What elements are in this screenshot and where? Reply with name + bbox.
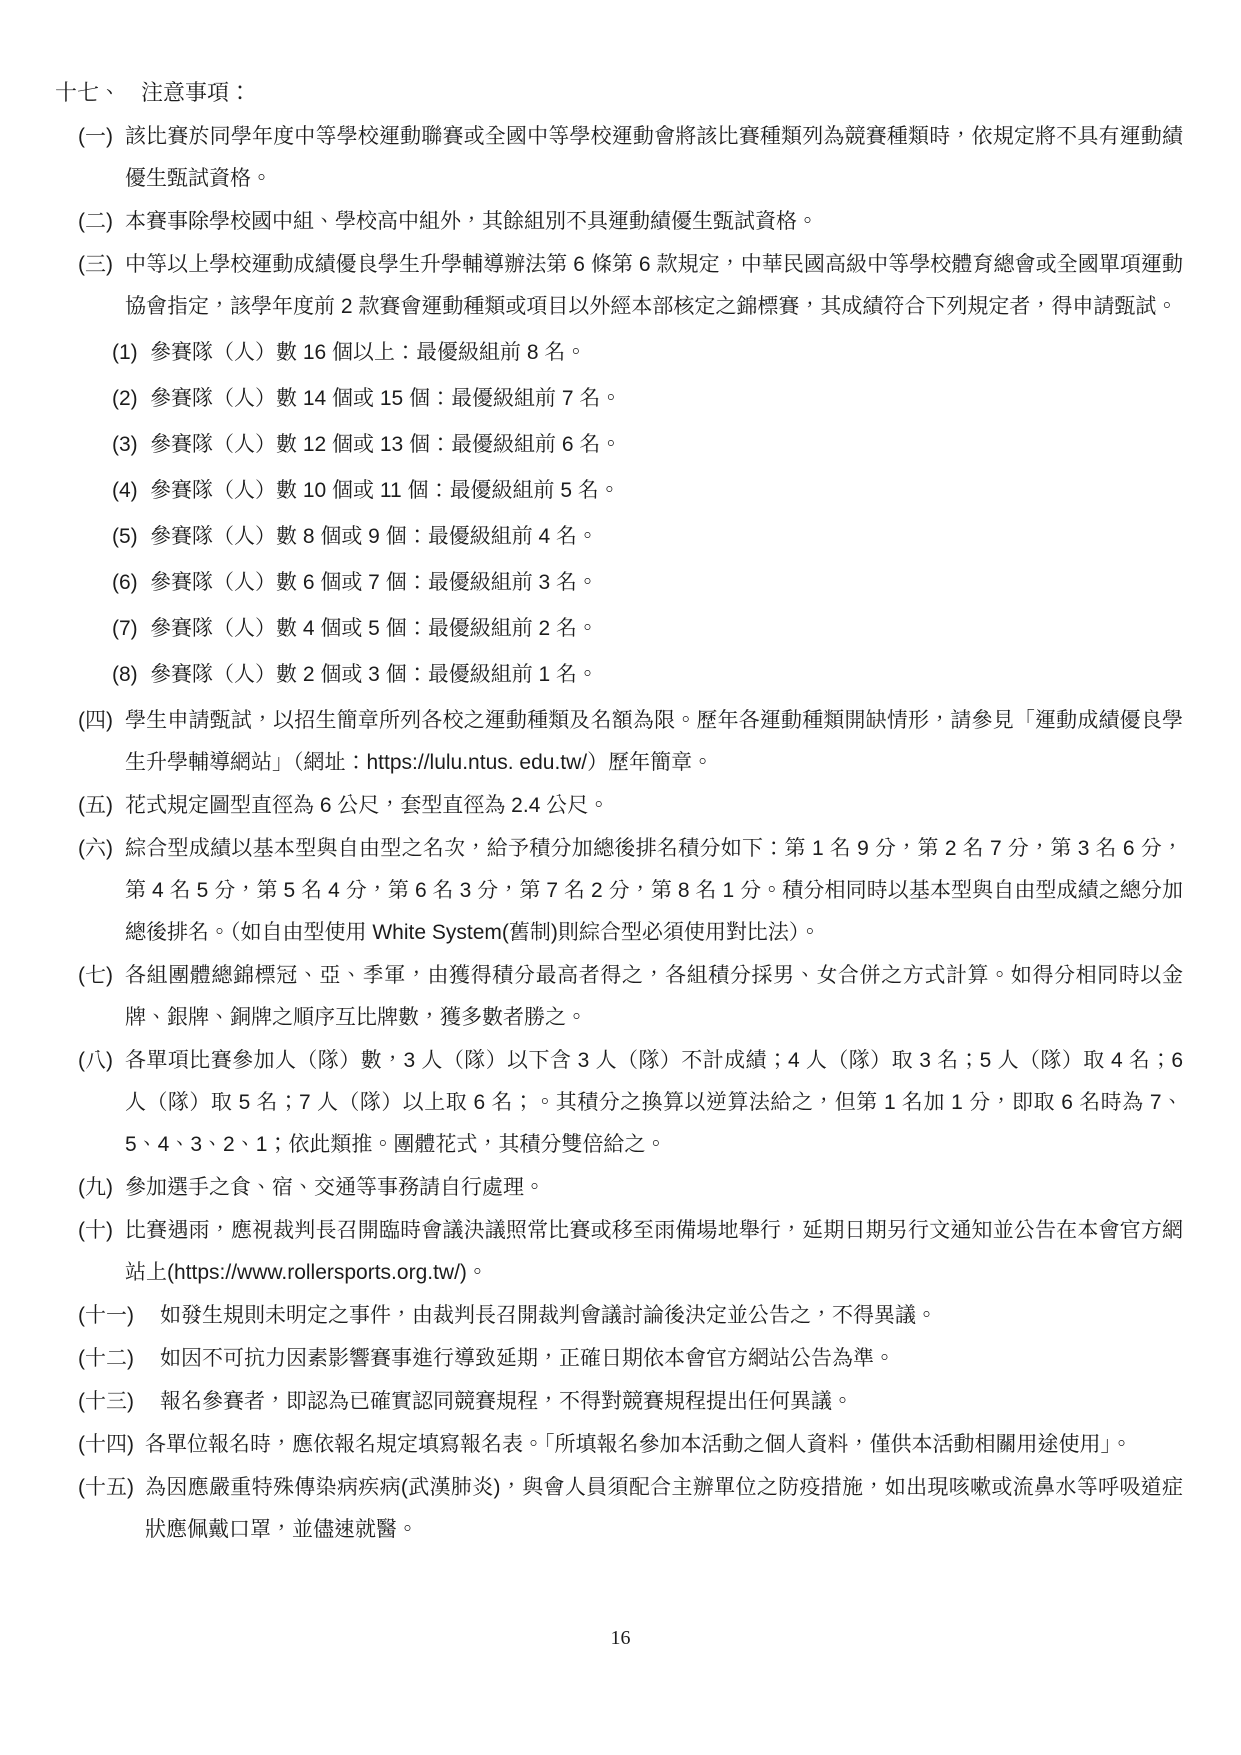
item-text: 參加選手之食、宿、交通等事務請自行處理。 [125,1167,1183,1209]
list-item: (十五)為因應嚴重特殊傳染病疾病(武漢肺炎)，與會人員須配合主辦單位之防疫措施，… [78,1467,1183,1551]
item-row: (十一)如發生規則未明定之事件，由裁判長召開裁判會議討論後決定並公告之，不得異議… [78,1295,1183,1337]
list-item: (十四)各單位報名時，應依報名規定填寫報名表。「所填報名參加本活動之個人資料，僅… [78,1424,1183,1466]
item-label: (十四) [78,1424,145,1466]
item-row: (十)比賽遇雨，應視裁判長召開臨時會議決議照常比賽或移至雨備場地舉行，延期日期另… [78,1210,1183,1294]
item-label: (六) [78,828,125,870]
item-label: (七) [78,955,125,997]
list-item: (十二)如因不可抗力因素影響賽事進行導致延期，正確日期依本會官方網站公告為準。 [78,1338,1183,1380]
item-label: (二) [78,201,125,243]
item-label: (一) [78,116,125,158]
sub-list-item: (7)參賽隊（人）數 4 個或 5 個：最優級組前 2 名。 [112,608,1183,650]
list-item: (十一)如發生規則未明定之事件，由裁判長召開裁判會議討論後決定並公告之，不得異議… [78,1295,1183,1337]
item-text: 學生申請甄試，以招生簡章所列各校之運動種類及名額為限。歷年各運動種類開缺情形，請… [125,700,1183,784]
item-row: (五)花式規定圖型直徑為 6 公尺，套型直徑為 2.4 公尺。 [78,785,1183,827]
item-text: 報名參賽者，即認為已確實認同競賽規程，不得對競賽規程提出任何異議。 [160,1381,1183,1423]
item-text: 各單位報名時，應依報名規定填寫報名表。「所填報名參加本活動之個人資料，僅供本活動… [145,1424,1183,1466]
sub-list-item: (8)參賽隊（人）數 2 個或 3 個：最優級組前 1 名。 [112,654,1183,696]
list-item: (一)該比賽於同學年度中等學校運動聯賽或全國中等學校運動會將該比賽種類列為競賽種… [78,116,1183,200]
subitem-text: 參賽隊（人）數 10 個或 11 個：最優級組前 5 名。 [150,470,1183,512]
sub-list-item: (6)參賽隊（人）數 6 個或 7 個：最優級組前 3 名。 [112,562,1183,604]
item-label: (十五) [78,1467,145,1509]
subitem-label: (6) [112,562,150,604]
item-text: 如因不可抗力因素影響賽事進行導致延期，正確日期依本會官方網站公告為準。 [160,1338,1183,1380]
subitem-label: (8) [112,654,150,696]
list-item: (四)學生申請甄試，以招生簡章所列各校之運動種類及名額為限。歷年各運動種類開缺情… [78,700,1183,784]
item-label: (十三) [78,1381,160,1423]
list-item: (十)比賽遇雨，應視裁判長召開臨時會議決議照常比賽或移至雨備場地舉行，延期日期另… [78,1210,1183,1294]
list-item: (二)本賽事除學校國中組、學校高中組外，其餘組別不具運動績優生甄試資格。 [78,201,1183,243]
subitem-label: (7) [112,608,150,650]
item-row: (十五)為因應嚴重特殊傳染病疾病(武漢肺炎)，與會人員須配合主辦單位之防疫措施，… [78,1467,1183,1551]
item-row: (四)學生申請甄試，以招生簡章所列各校之運動種類及名額為限。歷年各運動種類開缺情… [78,700,1183,784]
subitems-list: (1)參賽隊（人）數 16 個以上：最優級組前 8 名。(2)參賽隊（人）數 1… [112,332,1183,696]
section-header: 十七、 注意事項： [55,72,1183,114]
subitem-text: 參賽隊（人）數 16 個以上：最優級組前 8 名。 [150,332,1183,374]
item-row: (十二)如因不可抗力因素影響賽事進行導致延期，正確日期依本會官方網站公告為準。 [78,1338,1183,1380]
subitem-text: 參賽隊（人）數 4 個或 5 個：最優級組前 2 名。 [150,608,1183,650]
item-text: 為因應嚴重特殊傳染病疾病(武漢肺炎)，與會人員須配合主辦單位之防疫措施，如出現咳… [145,1467,1183,1551]
item-label: (三) [78,244,125,286]
subitem-text: 參賽隊（人）數 2 個或 3 個：最優級組前 1 名。 [150,654,1183,696]
item-label: (九) [78,1167,125,1209]
item-text: 各單項比賽參加人（隊）數，3 人（隊）以下含 3 人（隊）不計成績；4 人（隊）… [125,1040,1183,1166]
subitem-text: 參賽隊（人）數 14 個或 15 個：最優級組前 7 名。 [150,378,1183,420]
page-number: 16 [611,1627,631,1649]
item-text: 該比賽於同學年度中等學校運動聯賽或全國中等學校運動會將該比賽種類列為競賽種類時，… [125,116,1183,200]
item-label: (五) [78,785,125,827]
subitem-label: (5) [112,516,150,558]
section-number: 十七、 [55,72,141,114]
subitem-text: 參賽隊（人）數 12 個或 13 個：最優級組前 6 名。 [150,424,1183,466]
subitem-text: 參賽隊（人）數 8 個或 9 個：最優級組前 4 名。 [150,516,1183,558]
item-text: 如發生規則未明定之事件，由裁判長召開裁判會議討論後決定並公告之，不得異議。 [160,1295,1183,1337]
subitem-label: (2) [112,378,150,420]
item-row: (三)中等以上學校運動成績優良學生升學輔導辦法第 6 條第 6 款規定，中華民國… [78,244,1183,328]
notes-list: (一)該比賽於同學年度中等學校運動聯賽或全國中等學校運動會將該比賽種類列為競賽種… [78,116,1183,1551]
item-text: 花式規定圖型直徑為 6 公尺，套型直徑為 2.4 公尺。 [125,785,1183,827]
subitem-label: (1) [112,332,150,374]
item-label: (十二) [78,1338,160,1380]
item-label: (十) [78,1210,125,1252]
list-item: (六)綜合型成績以基本型與自由型之名次，給予積分加總後排名積分如下：第 1 名 … [78,828,1183,954]
item-row: (二)本賽事除學校國中組、學校高中組外，其餘組別不具運動績優生甄試資格。 [78,201,1183,243]
item-text: 比賽遇雨，應視裁判長召開臨時會議決議照常比賽或移至雨備場地舉行，延期日期另行文通… [125,1210,1183,1294]
item-row: (八)各單項比賽參加人（隊）數，3 人（隊）以下含 3 人（隊）不計成績；4 人… [78,1040,1183,1166]
list-item: (十三)報名參賽者，即認為已確實認同競賽規程，不得對競賽規程提出任何異議。 [78,1381,1183,1423]
item-text: 中等以上學校運動成績優良學生升學輔導辦法第 6 條第 6 款規定，中華民國高級中… [125,244,1183,328]
item-row: (十三)報名參賽者，即認為已確實認同競賽規程，不得對競賽規程提出任何異議。 [78,1381,1183,1423]
section-title: 注意事項： [141,72,251,114]
subitem-label: (3) [112,424,150,466]
item-row: (十四)各單位報名時，應依報名規定填寫報名表。「所填報名參加本活動之個人資料，僅… [78,1424,1183,1466]
list-item: (三)中等以上學校運動成績優良學生升學輔導辦法第 6 條第 6 款規定，中華民國… [78,244,1183,696]
page-footer: 16 [0,1617,1241,1659]
item-row: (一)該比賽於同學年度中等學校運動聯賽或全國中等學校運動會將該比賽種類列為競賽種… [78,116,1183,200]
document-page: 十七、 注意事項： (一)該比賽於同學年度中等學校運動聯賽或全國中等學校運動會將… [0,0,1241,1755]
subitem-label: (4) [112,470,150,512]
list-item: (五)花式規定圖型直徑為 6 公尺，套型直徑為 2.4 公尺。 [78,785,1183,827]
list-item: (八)各單項比賽參加人（隊）數，3 人（隊）以下含 3 人（隊）不計成績；4 人… [78,1040,1183,1166]
item-text: 本賽事除學校國中組、學校高中組外，其餘組別不具運動績優生甄試資格。 [125,201,1183,243]
sub-list-item: (2)參賽隊（人）數 14 個或 15 個：最優級組前 7 名。 [112,378,1183,420]
sub-list-item: (3)參賽隊（人）數 12 個或 13 個：最優級組前 6 名。 [112,424,1183,466]
item-label: (八) [78,1040,125,1082]
sub-list-item: (1)參賽隊（人）數 16 個以上：最優級組前 8 名。 [112,332,1183,374]
item-label: (四) [78,700,125,742]
item-row: (七)各組團體總錦標冠、亞、季軍，由獲得積分最高者得之，各組積分採男、女合併之方… [78,955,1183,1039]
list-item: (七)各組團體總錦標冠、亞、季軍，由獲得積分最高者得之，各組積分採男、女合併之方… [78,955,1183,1039]
subitem-text: 參賽隊（人）數 6 個或 7 個：最優級組前 3 名。 [150,562,1183,604]
sub-list-item: (4)參賽隊（人）數 10 個或 11 個：最優級組前 5 名。 [112,470,1183,512]
list-item: (九)參加選手之食、宿、交通等事務請自行處理。 [78,1167,1183,1209]
item-text: 綜合型成績以基本型與自由型之名次，給予積分加總後排名積分如下：第 1 名 9 分… [125,828,1183,954]
item-row: (九)參加選手之食、宿、交通等事務請自行處理。 [78,1167,1183,1209]
item-text: 各組團體總錦標冠、亞、季軍，由獲得積分最高者得之，各組積分採男、女合併之方式計算… [125,955,1183,1039]
item-row: (六)綜合型成績以基本型與自由型之名次，給予積分加總後排名積分如下：第 1 名 … [78,828,1183,954]
item-label: (十一) [78,1295,160,1337]
sub-list-item: (5)參賽隊（人）數 8 個或 9 個：最優級組前 4 名。 [112,516,1183,558]
